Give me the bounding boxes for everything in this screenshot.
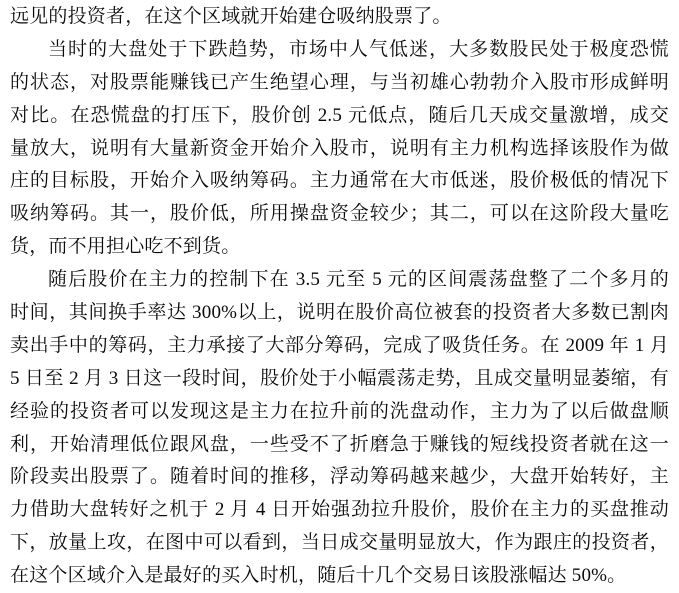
text-line: 在这个区域介入是最好的买入时机，随后十几个交易日该股涨幅达 50%。 [10,560,669,593]
document-page: 远见的投资者，在这个区域就开始建仓吸纳股票了。当时的大盘处于下跌趋势，市场中人气… [0,0,679,593]
text-line: 5 日至 2 月 3 日这一段时间，股价处于小幅震荡走势，且成交量明显萎缩，有 [10,363,669,396]
text-line: 利，开始清理低位跟风盘，一些受不了折磨急于赚钱的短线投资者就在这一 [10,429,669,462]
text-line: 时间，其间换手率达 300%以上，说明在股价高位被套的投资者大多数已割肉 [10,297,669,330]
text-line: 当时的大盘处于下跌趋势，市场中人气低迷，大多数股民处于极度恐慌 [10,34,669,67]
text-line: 阶段卖出股票了。随着时间的推移，浮动筹码越来越少，大盘开始转好，主 [10,461,669,494]
paragraph: 远见的投资者，在这个区域就开始建仓吸纳股票了。 [10,1,669,34]
text-line: 下，放量上攻，在图中可以看到，当日成交量明显放大，作为跟庄的投资者， [10,527,669,560]
text-line: 经验的投资者可以发现这是主力在拉升前的洗盘动作，主力为了以后做盘顺 [10,396,669,429]
text-line: 力借助大盘转好之机于 2 月 4 日开始强劲拉升股价，股价在主力的买盘推动 [10,494,669,527]
paragraphs-container: 远见的投资者，在这个区域就开始建仓吸纳股票了。当时的大盘处于下跌趋势，市场中人气… [10,1,669,593]
text-line: 吸纳筹码。其一，股价低，所用操盘资金较少；其二，可以在这阶段大量吃 [10,198,669,231]
paragraph: 当时的大盘处于下跌趋势，市场中人气低迷，大多数股民处于极度恐慌的状态，对股票能赚… [10,34,669,264]
paragraph: 随后股价在主力的控制下在 3.5 元至 5 元的区间震荡盘整了二个多月的时间，其… [10,264,669,593]
text-line: 的状态，对股票能赚钱已产生绝望心理，与当初雄心勃勃介入股市形成鲜明 [10,67,669,100]
text-line: 货，而不用担心吃不到货。 [10,231,669,264]
text-line: 量放大，说明有大量新资金开始介入股市，说明有主力机构选择该股作为做 [10,133,669,166]
text-line: 远见的投资者，在这个区域就开始建仓吸纳股票了。 [10,1,669,34]
text-line: 卖出手中的筹码，主力承接了大部分筹码，完成了吸货任务。在 2009 年 1 月 [10,330,669,363]
text-line: 对比。在恐慌盘的打压下，股价创 2.5 元低点，随后几天成交量激增，成交 [10,100,669,133]
text-line: 随后股价在主力的控制下在 3.5 元至 5 元的区间震荡盘整了二个多月的 [10,264,669,297]
text-line: 庄的目标股，开始介入吸纳筹码。主力通常在大市低迷，股价极低的情况下 [10,165,669,198]
